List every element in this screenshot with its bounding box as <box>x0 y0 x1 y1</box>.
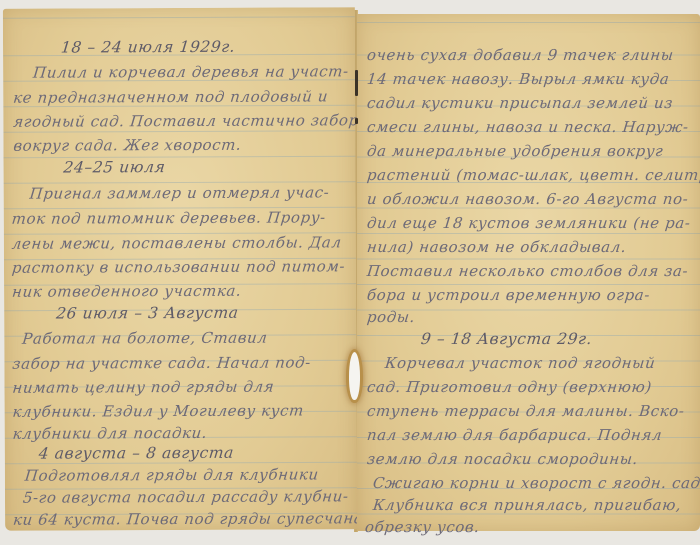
text-line: лены межи, поставлены столбы. Дал <box>11 233 343 252</box>
staple-icon <box>355 70 358 96</box>
text-line: землю для посадки смородины. <box>366 450 639 468</box>
text-line: роды. <box>366 308 416 326</box>
entry-date-heading: 4 августа – 8 августа <box>38 444 235 463</box>
right-page: очень сухая добавил 9 тачек глины 14 тач… <box>357 14 700 531</box>
text-line: Поставил несколько столбов для за- <box>366 262 689 280</box>
left-page: 18 – 24 июля 1929г. Пилил и корчевал дер… <box>3 7 357 531</box>
text-line: нимать целину под гряды для <box>12 378 276 397</box>
text-line: Пригнал заммлер и отмерял учас- <box>29 183 331 202</box>
text-line: клубники для посадки. <box>12 424 208 443</box>
text-line: нила) навозом не обкладывал. <box>366 238 627 256</box>
text-line: сад. Приготовил одну (верхнюю) <box>366 378 653 396</box>
text-line: садил кустики присыпал землей из <box>366 94 674 112</box>
text-line: и обложил навозом. 6-го Августа по- <box>366 190 689 208</box>
entry-date-heading: 26 июля – 3 Августа <box>55 304 239 323</box>
text-line: пал землю для барбариса. Поднял <box>366 426 663 444</box>
text-line: ке предназначенном под плодовый и <box>12 87 329 106</box>
text-line: обрезку усов. <box>364 518 481 536</box>
text-line: ник отведенного участка. <box>11 282 242 301</box>
staple-icon <box>355 118 358 124</box>
text-line: Корчевал участок под ягодный <box>384 354 656 372</box>
text-line: растопку в использовании под питом- <box>11 257 346 276</box>
entry-date-heading: 24–25 июля <box>63 158 167 176</box>
text-line: 5-го августа посадил рассаду клубни- <box>22 487 349 506</box>
entry-date-heading: 9 – 18 Августа 29г. <box>420 330 593 348</box>
text-line: Подготовлял гряды для клубники <box>24 465 320 484</box>
text-line: дил еще 18 кустов земляники (не ра- <box>366 214 691 232</box>
text-line: забор на участке сада. Начал под- <box>12 353 312 372</box>
text-line: бора и устроил временную огра- <box>366 286 651 304</box>
text-line: да минеральные удобрения вокруг <box>366 142 664 160</box>
text-line: Клубника вся принялась, пригибаю, <box>372 496 682 514</box>
text-line: Пилил и корчевал деревья на участ- <box>32 62 349 81</box>
text-line: ступень террасы для малины. Вско- <box>366 402 685 420</box>
text-line: смеси глины, навоза и песка. Наруж- <box>366 118 690 136</box>
text-line: ки 64 куста. Почва под гряды супесчаная <box>12 509 375 529</box>
text-line: 14 тачек навозу. Вырыл ямки куда <box>366 70 670 88</box>
text-line: растений (томас-шлак, цветн. селитр. <box>366 166 700 184</box>
left-page-text: 18 – 24 июля 1929г. Пилил и корчевал дер… <box>3 7 357 531</box>
text-line: вокруг сада. Жег хворост. <box>13 136 243 155</box>
text-line: Сжигаю корни и хворост с ягодн. сада. <box>372 474 700 492</box>
right-page-text: очень сухая добавил 9 тачек глины 14 тач… <box>357 14 700 531</box>
paper-tear-hole <box>349 352 360 400</box>
entry-date-heading: 18 – 24 июля 1929г. <box>60 38 236 57</box>
text-line: клубники. Ездил у Могилеву куст <box>12 401 305 420</box>
text-line: очень сухая добавил 9 тачек глины <box>366 46 675 64</box>
text-line: ток под питомник деревьев. Прору- <box>11 208 327 227</box>
text-line: Работал на болоте, Ставил <box>21 329 268 348</box>
text-line: ягодный сад. Поставил частично забор <box>12 111 359 131</box>
